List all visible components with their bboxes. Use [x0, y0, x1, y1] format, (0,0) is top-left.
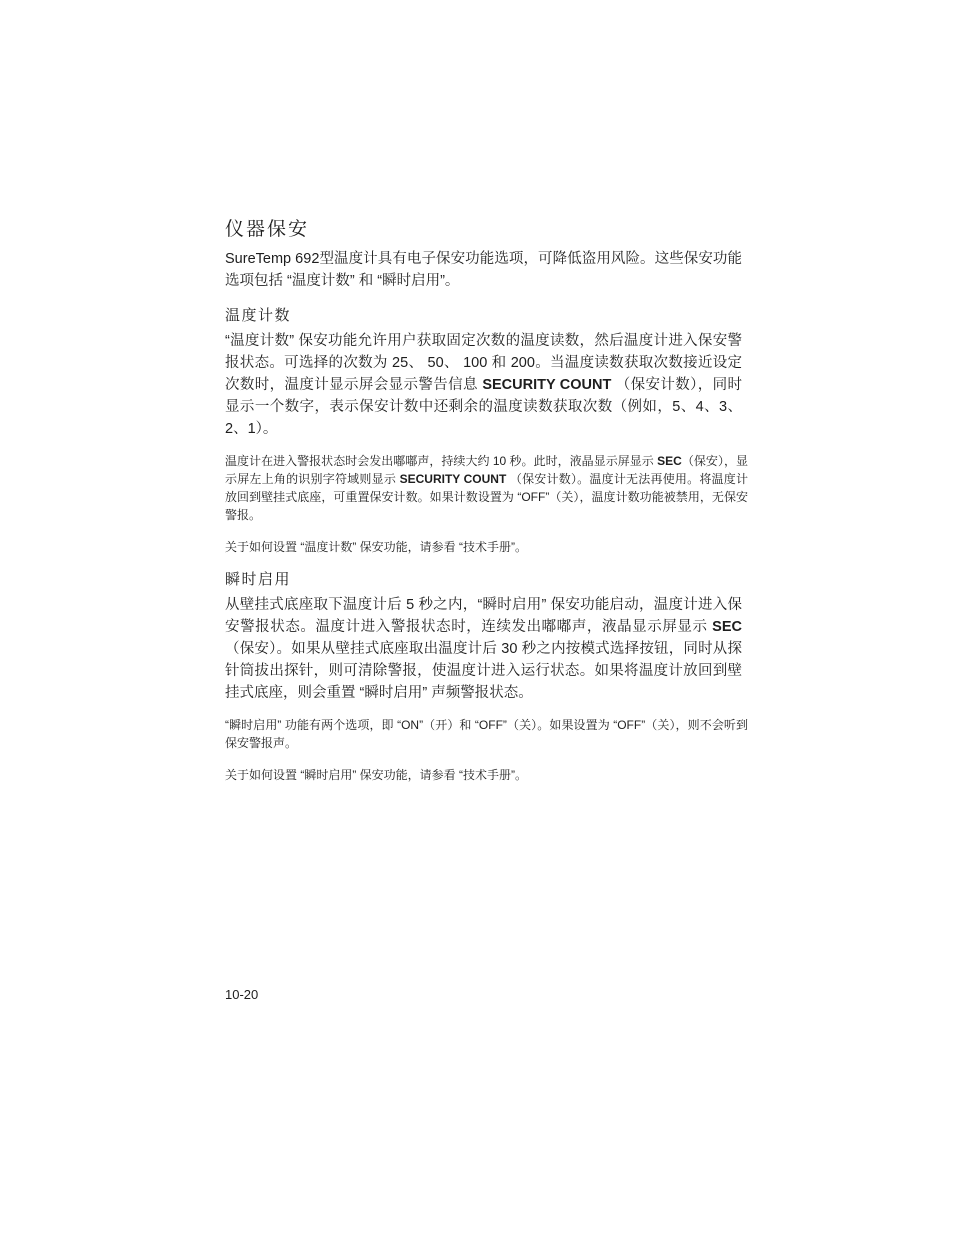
instant-on-note: “瞬时启用” 功能有两个选项，即 “ON”（开）和 “OFF”（关）。如果设置为…: [225, 716, 748, 752]
heading-temperature-count: 温度计数: [225, 306, 742, 326]
page-number: 10-20: [225, 987, 258, 1002]
document-page: 仪器保安 SureTemp 692型温度计具有电子保安功能选项，可降低盗用风险。…: [0, 0, 954, 1235]
heading-instant-on: 瞬时启用: [225, 570, 742, 590]
temperature-count-paragraph: “温度计数” 保安功能允许用户获取固定次数的温度读数，然后温度计进入保安警报状态…: [225, 330, 742, 440]
instant-on-paragraph: 从壁挂式底座取下温度计后 5 秒之内，“瞬时启用” 保安功能启动，温度计进入保安…: [225, 594, 742, 704]
page-content: 仪器保安 SureTemp 692型温度计具有电子保安功能选项，可降低盗用风险。…: [225, 217, 742, 798]
instant-on-reference: 关于如何设置 “瞬时启用” 保安功能，请参看 “技术手册”。: [225, 766, 748, 784]
intro-paragraph: SureTemp 692型温度计具有电子保安功能选项，可降低盗用风险。这些保安功…: [225, 248, 742, 292]
temperature-count-note: 温度计在进入警报状态时会发出嘟嘟声，持续大约 10 秒。此时，液晶显示屏显示 S…: [225, 452, 748, 524]
temperature-count-reference: 关于如何设置 “温度计数” 保安功能，请参看 “技术手册”。: [225, 538, 748, 556]
page-title: 仪器保安: [225, 217, 742, 242]
